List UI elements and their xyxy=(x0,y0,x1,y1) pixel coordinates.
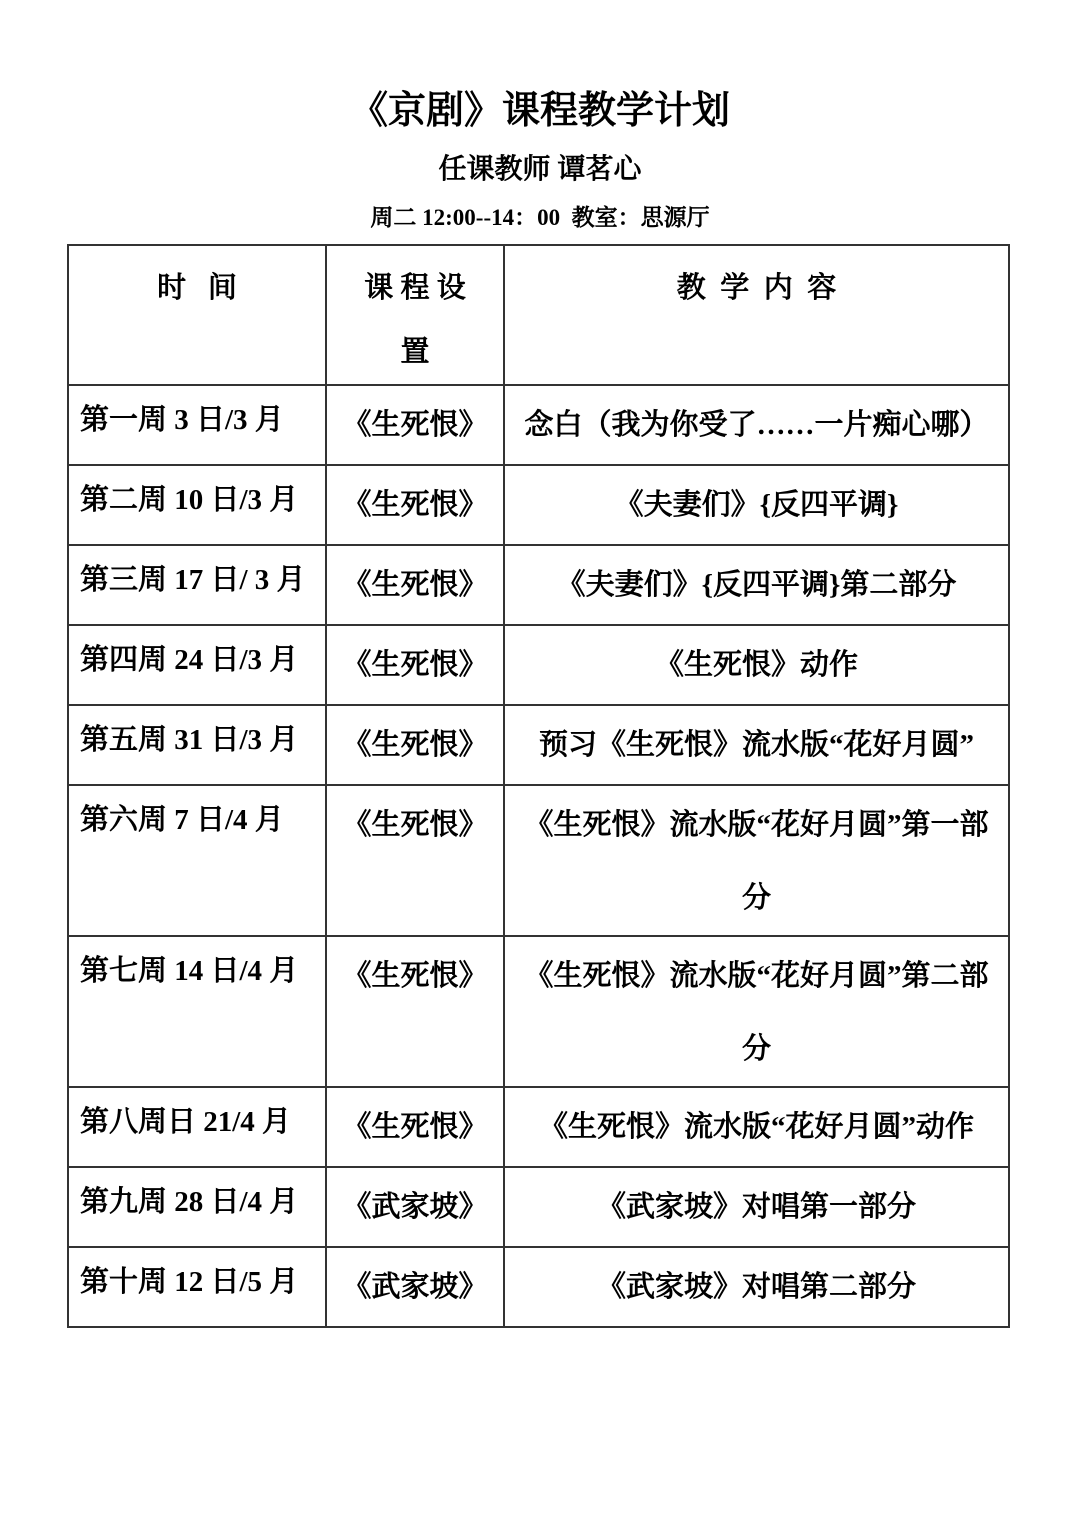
cell-course: 《生死恨》 xyxy=(326,785,504,936)
cell-content: 《武家坡》对唱第一部分 xyxy=(504,1167,1009,1247)
table-row: 第七周 14 日/4 月 《生死恨》 《生死恨》流水版“花好月圆”第二部 分 xyxy=(68,936,1009,1087)
table-row: 第三周 17 日/ 3 月 《生死恨》 《夫妻们》{反四平调}第二部分 xyxy=(68,545,1009,625)
table-row: 第六周 7 日/4 月 《生死恨》 《生死恨》流水版“花好月圆”第一部 分 xyxy=(68,785,1009,936)
teacher-line: 任课教师 谭茗心 xyxy=(0,152,1080,188)
cell-content: 《武家坡》对唱第二部分 xyxy=(504,1247,1009,1327)
cell-time: 第九周 28 日/4 月 xyxy=(68,1167,326,1247)
cell-course: 《生死恨》 xyxy=(326,625,504,705)
table-row: 第四周 24 日/3 月 《生死恨》 《生死恨》动作 xyxy=(68,625,1009,705)
table-row: 第二周 10 日/3 月 《生死恨》 《夫妻们》{反四平调} xyxy=(68,465,1009,545)
header-time: 时 间 xyxy=(68,245,326,385)
cell-course: 《生死恨》 xyxy=(326,1087,504,1167)
header-content: 教 学 内 容 xyxy=(504,245,1009,385)
cell-course: 《武家坡》 xyxy=(326,1167,504,1247)
cell-time: 第一周 3 日/3 月 xyxy=(68,385,326,465)
cell-time: 第七周 14 日/4 月 xyxy=(68,936,326,1087)
document-page: 《京剧》课程教学计划 任课教师 谭茗心 周二 12:00--14：00 教室：思… xyxy=(0,0,1080,1527)
cell-time: 第四周 24 日/3 月 xyxy=(68,625,326,705)
cell-content: 《夫妻们》{反四平调} xyxy=(504,465,1009,545)
cell-content: 《生死恨》流水版“花好月圆”第二部 分 xyxy=(504,936,1009,1087)
cell-course: 《生死恨》 xyxy=(326,385,504,465)
cell-course: 《生死恨》 xyxy=(326,705,504,785)
cell-time: 第三周 17 日/ 3 月 xyxy=(68,545,326,625)
page-title: 《京剧》课程教学计划 xyxy=(0,0,1080,136)
table-row: 第九周 28 日/4 月 《武家坡》 《武家坡》对唱第一部分 xyxy=(68,1167,1009,1247)
table-row: 第十周 12 日/5 月 《武家坡》 《武家坡》对唱第二部分 xyxy=(68,1247,1009,1327)
cell-time: 第二周 10 日/3 月 xyxy=(68,465,326,545)
cell-content: 《夫妻们》{反四平调}第二部分 xyxy=(504,545,1009,625)
header-course: 课 程 设 置 xyxy=(326,245,504,385)
cell-content: 《生死恨》流水版“花好月圆”第一部 分 xyxy=(504,785,1009,936)
cell-course: 《生死恨》 xyxy=(326,545,504,625)
cell-content: 《生死恨》流水版“花好月圆”动作 xyxy=(504,1087,1009,1167)
teaching-plan-table: 时 间 课 程 设 置 教 学 内 容 第一周 3 日/3 月 《生死恨》 念白… xyxy=(67,244,1010,1328)
cell-time: 第八周日 21/4 月 xyxy=(68,1087,326,1167)
cell-course: 《生死恨》 xyxy=(326,465,504,545)
cell-time: 第十周 12 日/5 月 xyxy=(68,1247,326,1327)
cell-course: 《生死恨》 xyxy=(326,936,504,1087)
cell-content: 念白（我为你受了……一片痴心哪） xyxy=(504,385,1009,465)
cell-time: 第五周 31 日/3 月 xyxy=(68,705,326,785)
table-row: 第五周 31 日/3 月 《生死恨》 预习《生死恨》流水版“花好月圆” xyxy=(68,705,1009,785)
cell-content: 《生死恨》动作 xyxy=(504,625,1009,705)
table-row: 第八周日 21/4 月 《生死恨》 《生死恨》流水版“花好月圆”动作 xyxy=(68,1087,1009,1167)
cell-time: 第六周 7 日/4 月 xyxy=(68,785,326,936)
cell-content: 预习《生死恨》流水版“花好月圆” xyxy=(504,705,1009,785)
schedule-line: 周二 12:00--14：00 教室：思源厅 xyxy=(0,203,1080,233)
table-header-row: 时 间 课 程 设 置 教 学 内 容 xyxy=(68,245,1009,385)
cell-course: 《武家坡》 xyxy=(326,1247,504,1327)
table-row: 第一周 3 日/3 月 《生死恨》 念白（我为你受了……一片痴心哪） xyxy=(68,385,1009,465)
